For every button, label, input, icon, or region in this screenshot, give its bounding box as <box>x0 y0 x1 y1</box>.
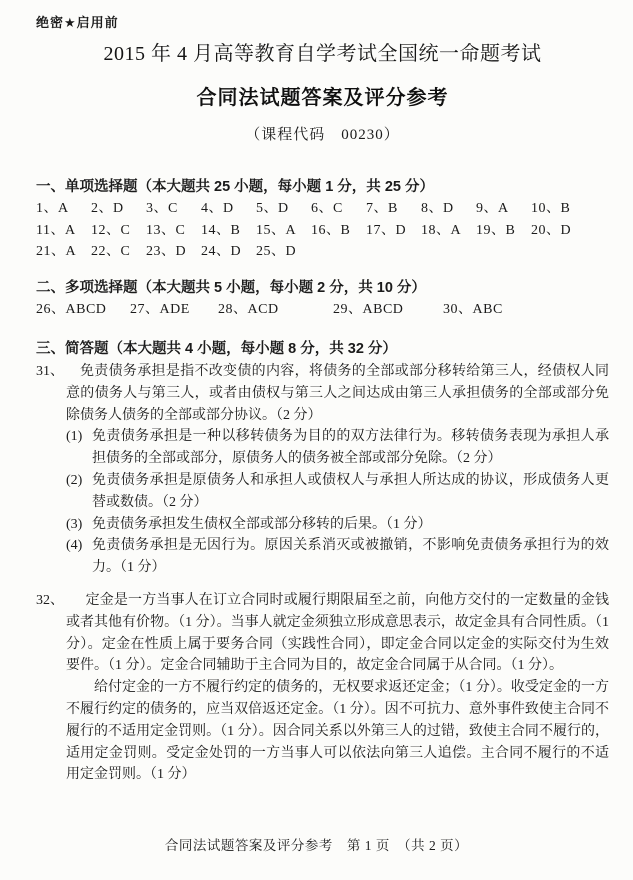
point-1-label: (1) <box>66 426 82 448</box>
answer-cell: 23、D <box>146 241 201 263</box>
answer-cell: 11、A <box>36 220 91 242</box>
question-32-paragraph-2: 给付定金的一方不履行约定的债务的，无权要求返还定金；（1 分）。收受定金的一方不… <box>66 677 609 786</box>
section-heading-short-answer: 三、简答题（本大题共 4 小题，每小题 8 分，共 32 分） <box>36 339 609 360</box>
point-3-label: (3) <box>66 514 82 536</box>
question-31-point-2: (2) 免责债务承担是原债务人和承担人或债权人与承担人所达成的协议，形成债务人更… <box>66 470 609 514</box>
course-code: （课程代码 00230） <box>36 123 609 144</box>
question-32-paragraph-1: 定金是一方当事人在订立合同时或履行期限届至之前，向他方交付的一定数量的金钱或者其… <box>66 590 609 677</box>
answer-cell: 7、B <box>366 198 421 220</box>
answer-cell: 18、A <box>421 220 476 242</box>
question-31-intro: 免责债务承担是指不改变债的内容，将债务的全部或部分移转给第三人，经债权人同意的债… <box>66 361 609 426</box>
answer-cell: 14、B <box>201 220 256 242</box>
answer-cell: 21、A <box>36 241 91 263</box>
section-short-answer: 三、简答题（本大题共 4 小题，每小题 8 分，共 32 分） 31、 免责债务… <box>36 339 609 786</box>
page-footer: 合同法试题答案及评分参考 第 1 页 （共 2 页） <box>0 834 633 854</box>
answer-cell: 19、B <box>476 220 531 242</box>
point-2-text: 免责债务承担是原债务人和承担人或债权人与承担人所达成的协议，形成债务人更替或数债… <box>92 470 609 514</box>
exam-answer-sheet-page: 绝密★启用前 2015 年 4 月高等教育自学考试全国统一命题考试 合同法试题答… <box>0 0 633 880</box>
point-1-text: 免责债务承担是一种以移转债务为目的的双方法律行为。移转债务表现为承担人承担债务的… <box>92 426 609 470</box>
section-heading-single-choice: 一、单项选择题（本大题共 25 小题，每小题 1 分，共 25 分） <box>36 177 609 198</box>
point-3-text: 免责债务承担发生债权全部或部分移转的后果。（1 分） <box>92 514 609 536</box>
answer-cell: 13、C <box>146 220 201 242</box>
answer-cell: 8、D <box>421 198 476 220</box>
question-32-number: 32、 <box>36 590 64 612</box>
single-choice-answers-row-3: 21、A22、C23、D24、D25、D <box>36 241 609 263</box>
answer-cell: 24、D <box>201 241 256 263</box>
answer-cell: 17、D <box>366 220 421 242</box>
answer-cell: 16、B <box>311 220 366 242</box>
single-choice-answers-row-1: 1、A2、D3、C4、D5、D6、C7、B8、D9、A10、B <box>36 198 609 220</box>
answer-cell: 30、ABC <box>443 299 503 321</box>
section-multi-choice: 二、多项选择题（本大题共 5 小题，每小题 2 分，共 10 分） 26、ABC… <box>36 278 609 321</box>
answer-cell: 3、C <box>146 198 201 220</box>
point-4-label: (4) <box>66 535 82 557</box>
answer-cell: 20、D <box>531 220 571 242</box>
section-heading-multi-choice: 二、多项选择题（本大题共 5 小题，每小题 2 分，共 10 分） <box>36 278 609 299</box>
page-content: 绝密★启用前 2015 年 4 月高等教育自学考试全国统一命题考试 合同法试题答… <box>0 0 633 786</box>
single-choice-answers-row-2: 11、A12、C13、C14、B15、A16、B17、D18、A19、B20、D <box>36 220 609 242</box>
answer-cell: 26、ABCD <box>36 299 130 321</box>
question-31-point-3: (3) 免责债务承担发生债权全部或部分移转的后果。（1 分） <box>66 514 609 536</box>
answer-cell: 27、ADE <box>130 299 218 321</box>
multi-choice-answers-row: 26、ABCD27、ADE28、ACD29、ABCD30、ABC <box>36 299 609 321</box>
answer-cell: 25、D <box>256 241 296 263</box>
section-single-choice: 一、单项选择题（本大题共 25 小题，每小题 1 分，共 25 分） 1、A2、… <box>36 177 609 263</box>
question-32: 32、 定金是一方当事人在订立合同时或履行期限届至之前，向他方交付的一定数量的金… <box>36 590 609 786</box>
classification-label: 绝密★启用前 <box>36 12 609 31</box>
answer-cell: 28、ACD <box>218 299 333 321</box>
answer-cell: 29、ABCD <box>333 299 443 321</box>
answer-cell: 12、C <box>91 220 146 242</box>
point-2-label: (2) <box>66 470 82 492</box>
question-31-point-1: (1) 免责债务承担是一种以移转债务为目的的双方法律行为。移转债务表现为承担人承… <box>66 426 609 470</box>
answer-cell: 2、D <box>91 198 146 220</box>
answer-cell: 1、A <box>36 198 91 220</box>
question-31-number: 31、 <box>36 361 64 383</box>
answer-cell: 6、C <box>311 198 366 220</box>
answer-cell: 4、D <box>201 198 256 220</box>
answer-cell: 15、A <box>256 220 311 242</box>
exam-title: 2015 年 4 月高等教育自学考试全国统一命题考试 <box>36 37 609 66</box>
answer-cell: 5、D <box>256 198 311 220</box>
answer-cell: 10、B <box>531 198 570 220</box>
question-31-point-4: (4) 免责债务承担是无因行为。原因关系消灭或被撤销，不影响免责债务承担行为的效… <box>66 535 609 579</box>
question-31: 31、 免责债务承担是指不改变债的内容，将债务的全部或部分移转给第三人，经债权人… <box>36 361 609 579</box>
answer-cell: 9、A <box>476 198 531 220</box>
paper-title: 合同法试题答案及评分参考 <box>36 81 609 110</box>
point-4-text: 免责债务承担是无因行为。原因关系消灭或被撤销，不影响免责债务承担行为的效力。（1… <box>92 535 609 579</box>
answer-cell: 22、C <box>91 241 146 263</box>
